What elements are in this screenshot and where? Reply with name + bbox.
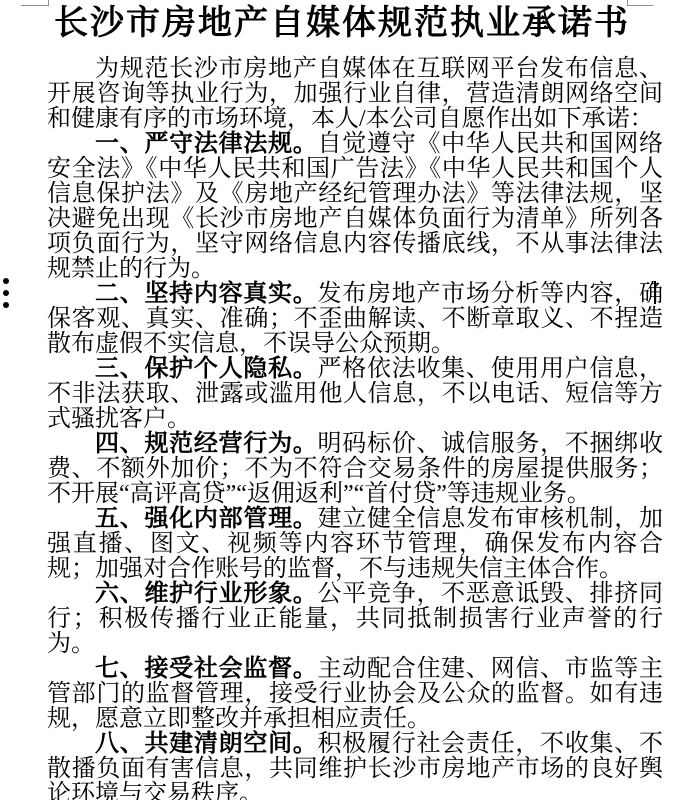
section-paragraph-8: 八、共建清朗空间。积极履行社会责任，不收集、不散播负面有害信息，共同维护长沙市房… bbox=[47, 732, 663, 800]
section-paragraph-4: 四、规范经营行为。明码标价、诚信服务，不捆绑收费、不额外加价；不为不符合交易条件… bbox=[47, 432, 663, 507]
section-paragraph-3: 三、保护个人隐私。严格依法收集、使用用户信息，不非法获取、泄露或滥用他人信息，不… bbox=[47, 357, 663, 432]
section-paragraph-7: 七、接受社会监督。主动配合住建、网信、市监等主管部门的监督管理，接受行业协会及公… bbox=[47, 657, 663, 732]
section-paragraph-1: 一、严守法律法规。自觉遵守《中华人民共和国网络安全法》《中华人民共和国广告法》《… bbox=[47, 132, 663, 282]
section-paragraph-5: 五、强化内部管理。建立健全信息发布审核机制，加强直播、图文、视频等内容环节管理，… bbox=[47, 507, 663, 582]
section-6-heading: 六、维护行业形象。 bbox=[95, 581, 318, 607]
text-cursor bbox=[654, 281, 656, 304]
intro-text: 为规范长沙市房地产自媒体在互联网平台发布信息、开展咨询等执业行为，加强行业自律，… bbox=[47, 56, 663, 132]
section-3-heading: 三、保护个人隐私。 bbox=[95, 356, 318, 382]
vertical-dots-icon bbox=[3, 278, 11, 314]
section-4-heading: 四、规范经营行为。 bbox=[95, 431, 318, 457]
section-5-heading: 五、强化内部管理。 bbox=[95, 506, 318, 532]
section-1-heading: 一、严守法律法规。 bbox=[95, 131, 318, 157]
section-paragraph-6: 六、维护行业形象。公平竞争，不恶意诋毁、排挤同行；积极传播行业正能量，共同抵制损… bbox=[47, 582, 663, 657]
document-page: 长沙市房地产自媒体规范执业承诺书 为规范长沙市房地产自媒体在互联网平台发布信息、… bbox=[0, 0, 684, 800]
section-2-heading: 二、坚持内容真实。 bbox=[95, 281, 318, 307]
section-8-heading: 八、共建清朗空间。 bbox=[95, 731, 318, 757]
document-text-area[interactable]: 为规范长沙市房地产自媒体在互联网平台发布信息、开展咨询等执业行为，加强行业自律，… bbox=[47, 57, 663, 800]
page-title: 长沙市房地产自媒体规范执业承诺书 bbox=[0, 1, 684, 47]
intro-paragraph: 为规范长沙市房地产自媒体在互联网平台发布信息、开展咨询等执业行为，加强行业自律，… bbox=[47, 57, 663, 132]
section-paragraph-2: 二、坚持内容真实。发布房地产市场分析等内容，确保客观、真实、准确；不歪曲解读、不… bbox=[47, 282, 663, 357]
section-7-heading: 七、接受社会监督。 bbox=[95, 656, 318, 682]
